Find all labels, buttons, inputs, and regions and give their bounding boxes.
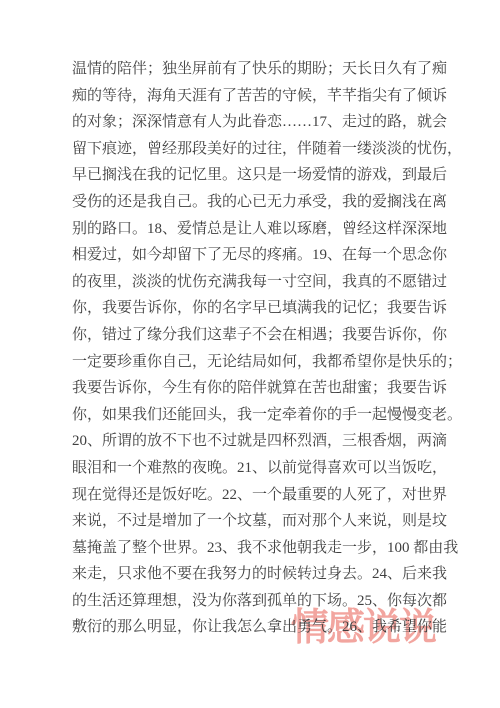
text-line-16: 眼泪和一个难熬的夜晚。21、以前觉得喜欢可以当饭吃， [72, 455, 426, 482]
text-line-21: 的生活还算理想，没为你落到孤单的下场。25、你每次都 [72, 588, 426, 615]
text-line-5: 早已搁浅在我的记忆里。这只是一场爱情的游戏，到最后 [72, 162, 426, 189]
document-page: 情感说说 温情的陪伴；独坐屏前有了快乐的期盼；天长日久有了痴 痴的等待，海角天涯… [0, 0, 500, 708]
text-line-7: 别的路口。18、爱情总是让人难以琢磨，曾经这样深深地 [72, 216, 426, 243]
text-line-17: 现在觉得还是饭好吃。22、一个最重要的人死了，对世界 [72, 482, 426, 509]
text-line-9: 的夜里，淡淡的忧伤充满我每一寸空间，我真的不愿错过 [72, 269, 426, 296]
text-line-3: 的对象；深深情意有人为此眷恋……17、走过的路，就会 [72, 109, 426, 136]
text-line-11: 你，错过了缘分我们这辈子不会在相遇；我要告诉你，你 [72, 322, 426, 349]
text-line-1: 温情的陪伴；独坐屏前有了快乐的期盼；天长日久有了痴 [72, 56, 426, 83]
text-line-20: 来走，只求他不要在我努力的时候转过身去。24、后来我 [72, 561, 426, 588]
text-line-6: 受伤的还是我自己。我的心已无力承受，我的爱搁浅在离 [72, 189, 426, 216]
text-line-10: 你，我要告诉你，你的名字早已填满我的记忆；我要告诉 [72, 295, 426, 322]
text-line-13: 我要告诉你，今生有你的陪伴就算在苦也甜蜜；我要告诉 [72, 375, 426, 402]
text-line-2: 痴的等待，海角天涯有了苦苦的守候，芊芊指尖有了倾诉 [72, 83, 426, 110]
text-line-4: 留下痕迹，曾经那段美好的过往，伴随着一缕淡淡的忧伤， [72, 136, 426, 163]
text-line-15: 20、所谓的放不下也不过就是四杯烈酒，三根香烟，两滴 [72, 428, 426, 455]
text-line-18: 来说，不过是增加了一个坟墓，而对那个人来说，则是坟 [72, 508, 426, 535]
text-content: 温情的陪伴；独坐屏前有了快乐的期盼；天长日久有了痴 痴的等待，海角天涯有了苦苦的… [72, 56, 426, 641]
text-line-8: 相爱过，如今却留下了无尽的疼痛。19、在每一个思念你 [72, 242, 426, 269]
text-line-22: 敷衍的那么明显，你让我怎么拿出勇气。26、我希望你能 [72, 614, 426, 641]
text-line-12: 一定要珍重你自己，无论结局如何，我都希望你是快乐的； [72, 349, 426, 376]
text-line-14: 你，如果我们还能回头，我一定牵着你的手一起慢慢变老。 [72, 402, 426, 429]
text-line-19: 墓掩盖了整个世界。23、我不求他朝我走一步，100 都由我 [72, 535, 426, 562]
